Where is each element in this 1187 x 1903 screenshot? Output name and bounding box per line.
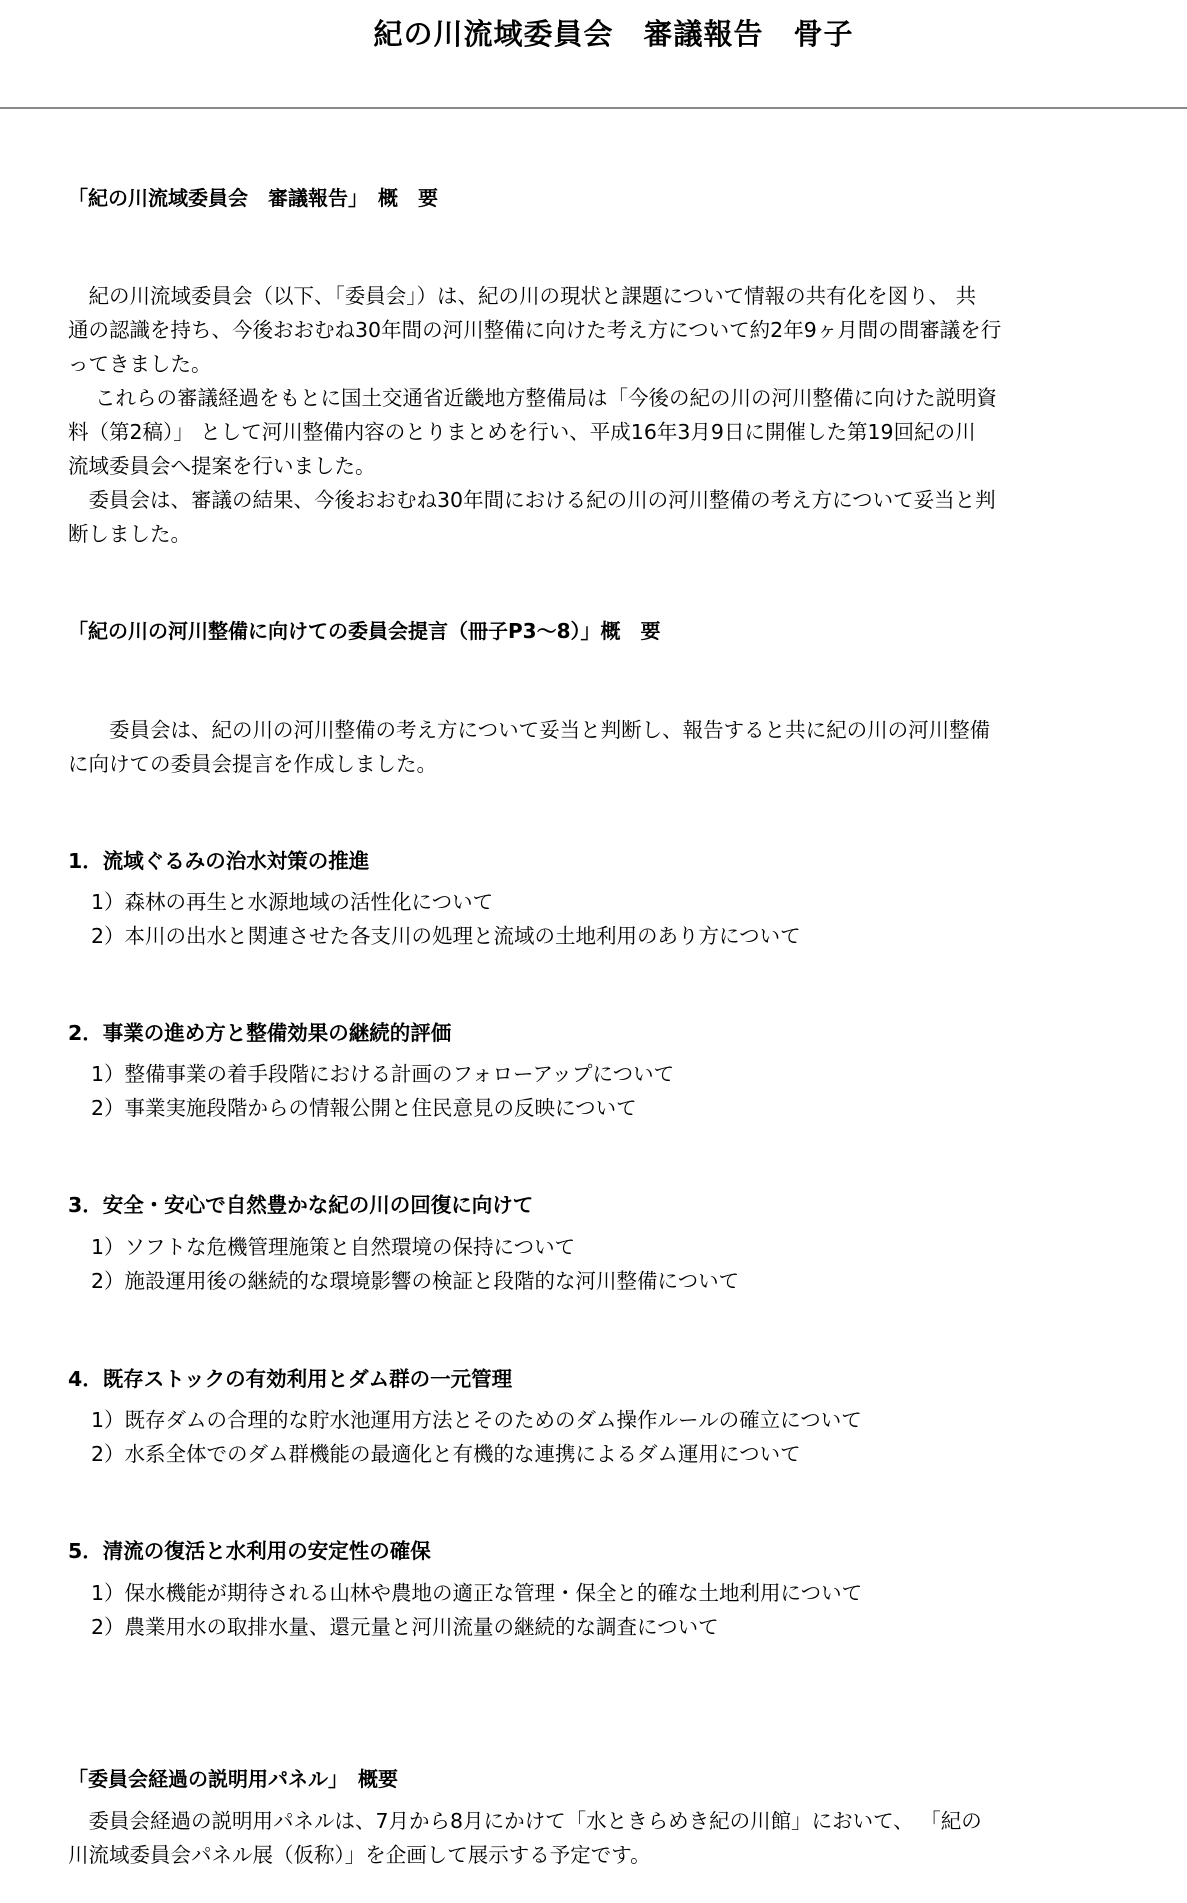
- proposal-subitem: 2）本川の出水と関連させた各支川の処理と流域の土地利用のあり方について: [91, 919, 801, 949]
- paragraph-line: 委員会は、審議の結果、今後おおむね30年間における紀の川の河川整備の考え方につい…: [68, 483, 996, 513]
- proposal-item-heading: 1．流域ぐるみの治水対策の推進: [68, 844, 369, 874]
- paragraph-line: これらの審議経過をもとに国土交通省近畿地方整備局は「今後の紀の川の河川整備に向け…: [68, 381, 997, 411]
- document-title: 紀の川流域委員会 審議報告 骨子: [0, 12, 1187, 53]
- proposal-subitem: 2）水系全体でのダム群機能の最適化と有機的な連携によるダム運用について: [91, 1437, 801, 1467]
- proposal-item-heading: 2．事業の進め方と整備効果の継続的評価: [68, 1016, 451, 1046]
- paragraph-line: に向けての委員会提言を作成しました。: [68, 747, 437, 777]
- proposal-subitem: 1）保水機能が期待される山林や農地の適正な管理・保全と的確な土地利用について: [91, 1576, 862, 1606]
- proposal-subitem: 1）ソフトな危機管理施策と自然環境の保持について: [91, 1230, 575, 1260]
- proposal-subitem: 2）事業実施段階からの情報公開と住民意見の反映について: [91, 1091, 637, 1121]
- proposal-item-heading: 4．既存ストックの有効利用とダム群の一元管理: [68, 1362, 512, 1392]
- proposal-subitem: 2）施設運用後の継続的な環境影響の検証と段階的な河川整備について: [91, 1264, 739, 1294]
- section-heading-panel: 「委員会経過の説明用パネル」 概要: [68, 1763, 398, 1792]
- paragraph-line: 委員会は、紀の川の河川整備の考え方について妥当と判断し、報告すると共に紀の川の河…: [68, 713, 990, 743]
- paragraph-line: ってきました。: [68, 347, 212, 377]
- paragraph-line: 断しました。: [68, 517, 191, 547]
- paragraph-line: 通の認識を持ち、今後おおむね30年間の河川整備に向けた考え方について約2年9ヶ月…: [68, 313, 1001, 343]
- section-heading-proposal: 「紀の川の河川整備に向けての委員会提言（冊子P3～8）」概 要: [68, 615, 661, 644]
- paragraph-line: 紀の川流域委員会（以下、「委員会」）は、紀の川の現状と課題について情報の共有化を…: [68, 279, 976, 309]
- proposal-item-heading: 3．安全・安心で自然豊かな紀の川の回復に向けて: [68, 1188, 533, 1218]
- proposal-subitem: 1）既存ダムの合理的な貯水池運用方法とそのためのダム操作ルールの確立について: [91, 1403, 862, 1433]
- proposal-item-heading: 5．清流の復活と水利用の安定性の確保: [68, 1534, 431, 1564]
- paragraph-line: 料（第2稿）」 として河川整備内容のとりまとめを行い、平成16年3月9日に開催し…: [68, 415, 976, 445]
- proposal-subitem: 1）森林の再生と水源地域の活性化について: [91, 885, 493, 915]
- section-heading-overview: 「紀の川流域委員会 審議報告」 概 要: [68, 182, 438, 211]
- paragraph-line: 委員会経過の説明用パネルは、7月から8月にかけて「水ときらめき紀の川館」において…: [68, 1804, 982, 1834]
- paragraph-line: 流域委員会へ提案を行いました。: [68, 449, 376, 479]
- paragraph-line: 川流域委員会パネル展（仮称）」を企画して展示する予定です。: [68, 1838, 651, 1868]
- proposal-subitem: 1）整備事業の着手段階における計画のフォローアップについて: [91, 1057, 674, 1087]
- proposal-subitem: 2）農業用水の取排水量、還元量と河川流量の継続的な調査について: [91, 1610, 719, 1640]
- title-divider: [0, 107, 1187, 109]
